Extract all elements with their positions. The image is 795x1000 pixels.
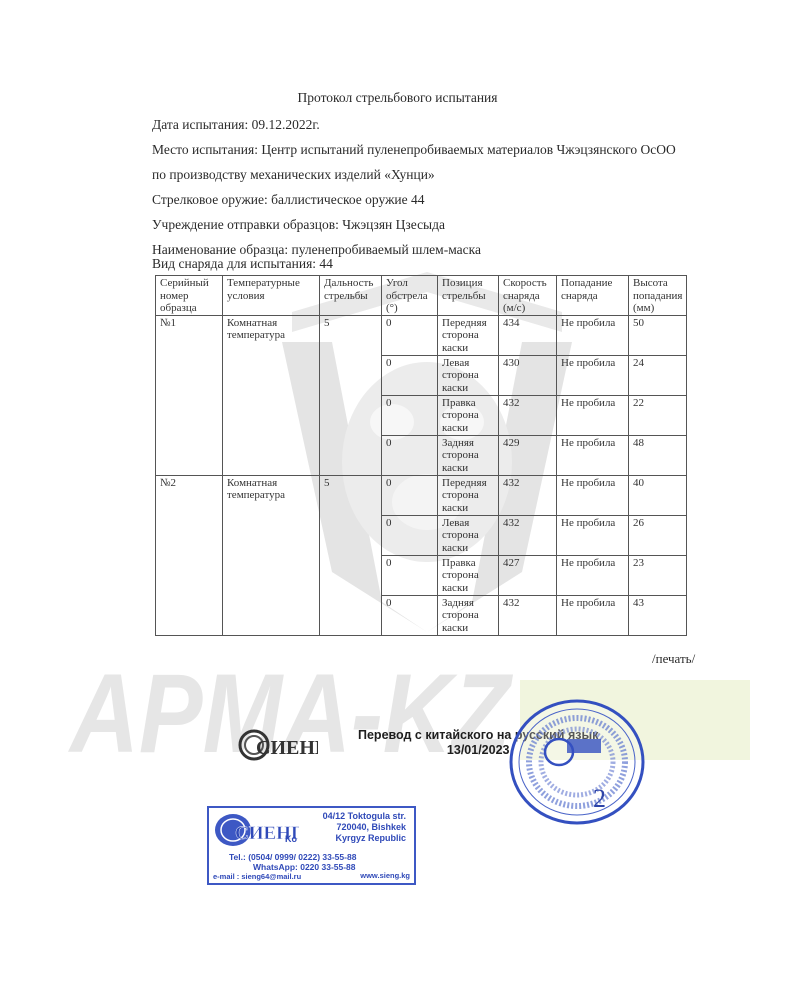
weapon: Стрелковое оружие: баллистическое оружие… (152, 192, 425, 208)
translation-agency-logo: СИЕНГ (238, 728, 318, 762)
results-table: Серийный номер образца Температурные усл… (155, 275, 687, 636)
header-hit: Попадание снаряда (557, 276, 629, 316)
shot-height: 22 (629, 395, 687, 435)
shot-position: Левая сторона каски (438, 515, 499, 555)
shot-position: Правка сторона каски (438, 395, 499, 435)
agency-whatsapp: WhatsApp: 0220 33-55-88 (253, 862, 356, 872)
shot-height: 40 (629, 475, 687, 515)
sender-institution: Учреждение отправки образцов: Чжэцзян Цз… (152, 217, 445, 233)
header-distance: Дальность стрельбы (320, 276, 382, 316)
shot-hit: Не пробила (557, 515, 629, 555)
shot-position: Правка сторона каски (438, 555, 499, 595)
header-angle: Угол обстрела (°) (382, 276, 438, 316)
agency-website: www.sieng.kg (360, 871, 410, 880)
sample-temperature: Комнатная температура (223, 475, 320, 635)
test-location: Место испытания: Центр испытаний пуленеп… (152, 142, 676, 158)
sample-serial: №2 (156, 475, 223, 635)
address-line: 720040, Bishkek (301, 822, 406, 833)
header-speed: Скорость снаряда (м/с) (499, 276, 557, 316)
header-temperature: Температурные условия (223, 276, 320, 316)
shot-angle: 0 (382, 515, 438, 555)
shot-hit: Не пробила (557, 435, 629, 475)
shot-hit: Не пробила (557, 395, 629, 435)
shot-height: 48 (629, 435, 687, 475)
sample-serial: №1 (156, 315, 223, 475)
shot-speed: 432 (499, 515, 557, 555)
shot-angle: 0 (382, 355, 438, 395)
stamp-label: /печать/ (652, 651, 695, 667)
header-position: Позиция стрельбы (438, 276, 499, 316)
sample-distance: 5 (320, 315, 382, 475)
shot-position: Передняя сторона каски (438, 315, 499, 355)
shot-height: 26 (629, 515, 687, 555)
table-header-row: Серийный номер образца Температурные усл… (156, 276, 687, 316)
test-date: Дата испытания: 09.12.2022г. (152, 117, 320, 133)
svg-text:СИЕНГ: СИЕНГ (256, 737, 318, 759)
document-page: Протокол стрельбового испытания Дата исп… (0, 0, 795, 1000)
shot-angle: 0 (382, 435, 438, 475)
address-line: Kyrgyz Republic (301, 833, 406, 844)
shot-hit: Не пробила (557, 555, 629, 595)
shot-height: 24 (629, 355, 687, 395)
agency-logo: СИЕНГ Ko (213, 812, 299, 848)
shot-hit: Не пробила (557, 595, 629, 635)
shot-angle: 0 (382, 475, 438, 515)
shot-position: Левая сторона каски (438, 355, 499, 395)
shot-speed: 432 (499, 395, 557, 435)
svg-text:Ko: Ko (285, 834, 297, 844)
shot-height: 23 (629, 555, 687, 595)
shot-angle: 0 (382, 395, 438, 435)
agency-address: 04/12 Toktogula str. 720040, Bishkek Kyr… (301, 811, 406, 844)
test-location-cont: по производству механических изделий «Ху… (152, 167, 435, 183)
shot-angle: 0 (382, 595, 438, 635)
shot-height: 43 (629, 595, 687, 635)
round-seal: 2 (507, 697, 647, 827)
shot-hit: Не пробила (557, 315, 629, 355)
shot-angle: 0 (382, 315, 438, 355)
shot-hit: Не пробила (557, 355, 629, 395)
shot-angle: 0 (382, 555, 438, 595)
shot-position: Передняя сторона каски (438, 475, 499, 515)
shot-speed: 432 (499, 475, 557, 515)
shot-height: 50 (629, 315, 687, 355)
shot-position: Задняя сторона каски (438, 595, 499, 635)
agency-contact-stamp: СИЕНГ Ko 04/12 Toktogula str. 720040, Bi… (207, 806, 416, 885)
sample-distance: 5 (320, 475, 382, 635)
shot-hit: Не пробила (557, 475, 629, 515)
shot-speed: 432 (499, 595, 557, 635)
sample-temperature: Комнатная температура (223, 315, 320, 475)
table-row: №2Комнатная температура50Передняя сторон… (156, 475, 687, 515)
header-serial: Серийный номер образца (156, 276, 223, 316)
agency-phone: Tel.: (0504/ 0999/ 0222) 33-55-88 (229, 852, 356, 862)
agency-email: e-mail : sieng64@mail.ru (213, 872, 301, 881)
table-row: №1Комнатная температура50Передняя сторон… (156, 315, 687, 355)
projectile-type: Вид снаряда для испытания: 44 (152, 256, 333, 272)
document-title: Протокол стрельбового испытания (0, 90, 795, 106)
svg-text:2: 2 (593, 784, 606, 813)
shot-position: Задняя сторона каски (438, 435, 499, 475)
header-height: Высота попадания (мм) (629, 276, 687, 316)
address-line: 04/12 Toktogula str. (301, 811, 406, 822)
shot-speed: 430 (499, 355, 557, 395)
shot-speed: 429 (499, 435, 557, 475)
shot-speed: 434 (499, 315, 557, 355)
shot-speed: 427 (499, 555, 557, 595)
